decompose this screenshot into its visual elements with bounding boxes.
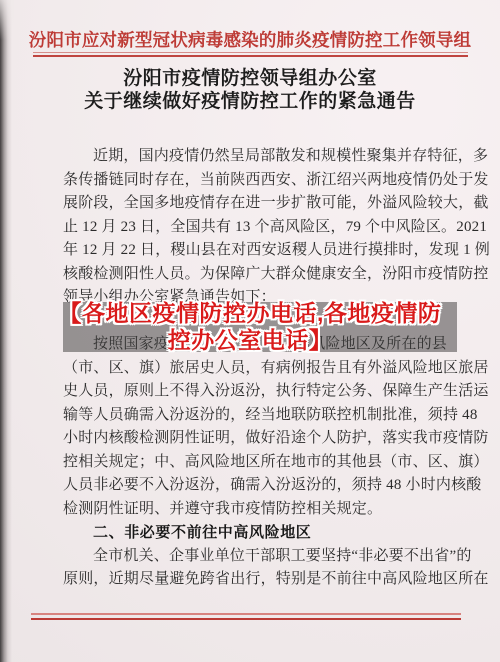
body-line: 控相关规定；中、高风险地区所在地市的其他县（市、区、旗） xyxy=(63,451,447,475)
body-line: 条传播链同时存在，当前陕西西安、浙江绍兴两地疫情仍处于发 xyxy=(63,169,447,193)
body-line: 全市机关、企事业单位干部职工要坚持“非必要不出省”的 xyxy=(63,545,447,569)
body-line: 止 12 月 23 日，全国共有 13 个高风险区，79 个中风险区。2021 xyxy=(63,216,447,240)
document-page: 汾阳市应对新型冠状病毒感染的肺炎疫情防控工作领导组 汾阳市疫情防控领导组办公室 … xyxy=(0,0,500,662)
body-line: 展阶段，全国多地疫情存在进一步扩散可能，外溢风险较大，截 xyxy=(63,192,447,216)
document-title: 汾阳市疫情防控领导组办公室 关于继续做好疫情防控工作的紧急通告 xyxy=(0,68,500,113)
body-line: 年 12 月 22 日，稷山县在对西安返稷人员进行摸排时，发现 1 例 xyxy=(63,239,447,263)
video-caption-line2: 控办公室电话】 xyxy=(20,327,480,354)
body-line: 小时内核酸检测阴性证明，做好沿途个人防护，落实我市疫情防 xyxy=(63,427,447,451)
body-line: 原则，近期尽量避免跨省出行，特别是不前往中高风险地区所在 xyxy=(63,568,447,592)
page-left-shadow-fade xyxy=(0,0,14,40)
document-body: 近期，国内疫情仍然呈局部散发和规模性聚集并存特征，多 条传播链同时存在，当前陕西… xyxy=(63,145,447,592)
body-line: 核酸检测阳性人员。为保障广大群众健康安全，汾阳市疫情防控 xyxy=(63,263,447,287)
body-line: 人员非必要不入汾返汾，确需入汾返汾的，须持 48 小时内核酸 xyxy=(63,474,447,498)
body-line: 输等人员确需入汾返汾的，经当地联防联控机制批准，须持 48 xyxy=(63,404,447,428)
letterhead-title: 汾阳市应对新型冠状病毒感染的肺炎疫情防控工作领导组 xyxy=(28,27,472,52)
body-line: 检测阴性证明、并遵守我市疫情防控相关规定。 xyxy=(63,498,447,522)
body-line: （市、区、旗）旅居史人员，有病例报告且有外溢风险地区旅居 xyxy=(63,357,447,381)
letterhead-divider xyxy=(33,52,468,57)
document-title-line2: 关于继续做好疫情防控工作的紧急通告 xyxy=(0,91,500,114)
footer-divider xyxy=(31,613,461,620)
body-line: 近期，国内疫情仍然呈局部散发和规模性聚集并存特征，多 xyxy=(63,145,447,169)
section-heading: 二、非必要不前往中高风险地区 xyxy=(63,521,447,545)
video-caption-line1: 【各地区疫情防控办电话,各地疫情防 xyxy=(20,300,480,327)
document-title-line1: 汾阳市疫情防控领导组办公室 xyxy=(0,68,500,91)
body-line: 史人员，原则上不得入汾返汾，执行特定公务、保障生产生活运 xyxy=(63,380,447,404)
video-caption: 【各地区疫情防控办电话,各地疫情防 控办公室电话】 xyxy=(20,300,480,353)
